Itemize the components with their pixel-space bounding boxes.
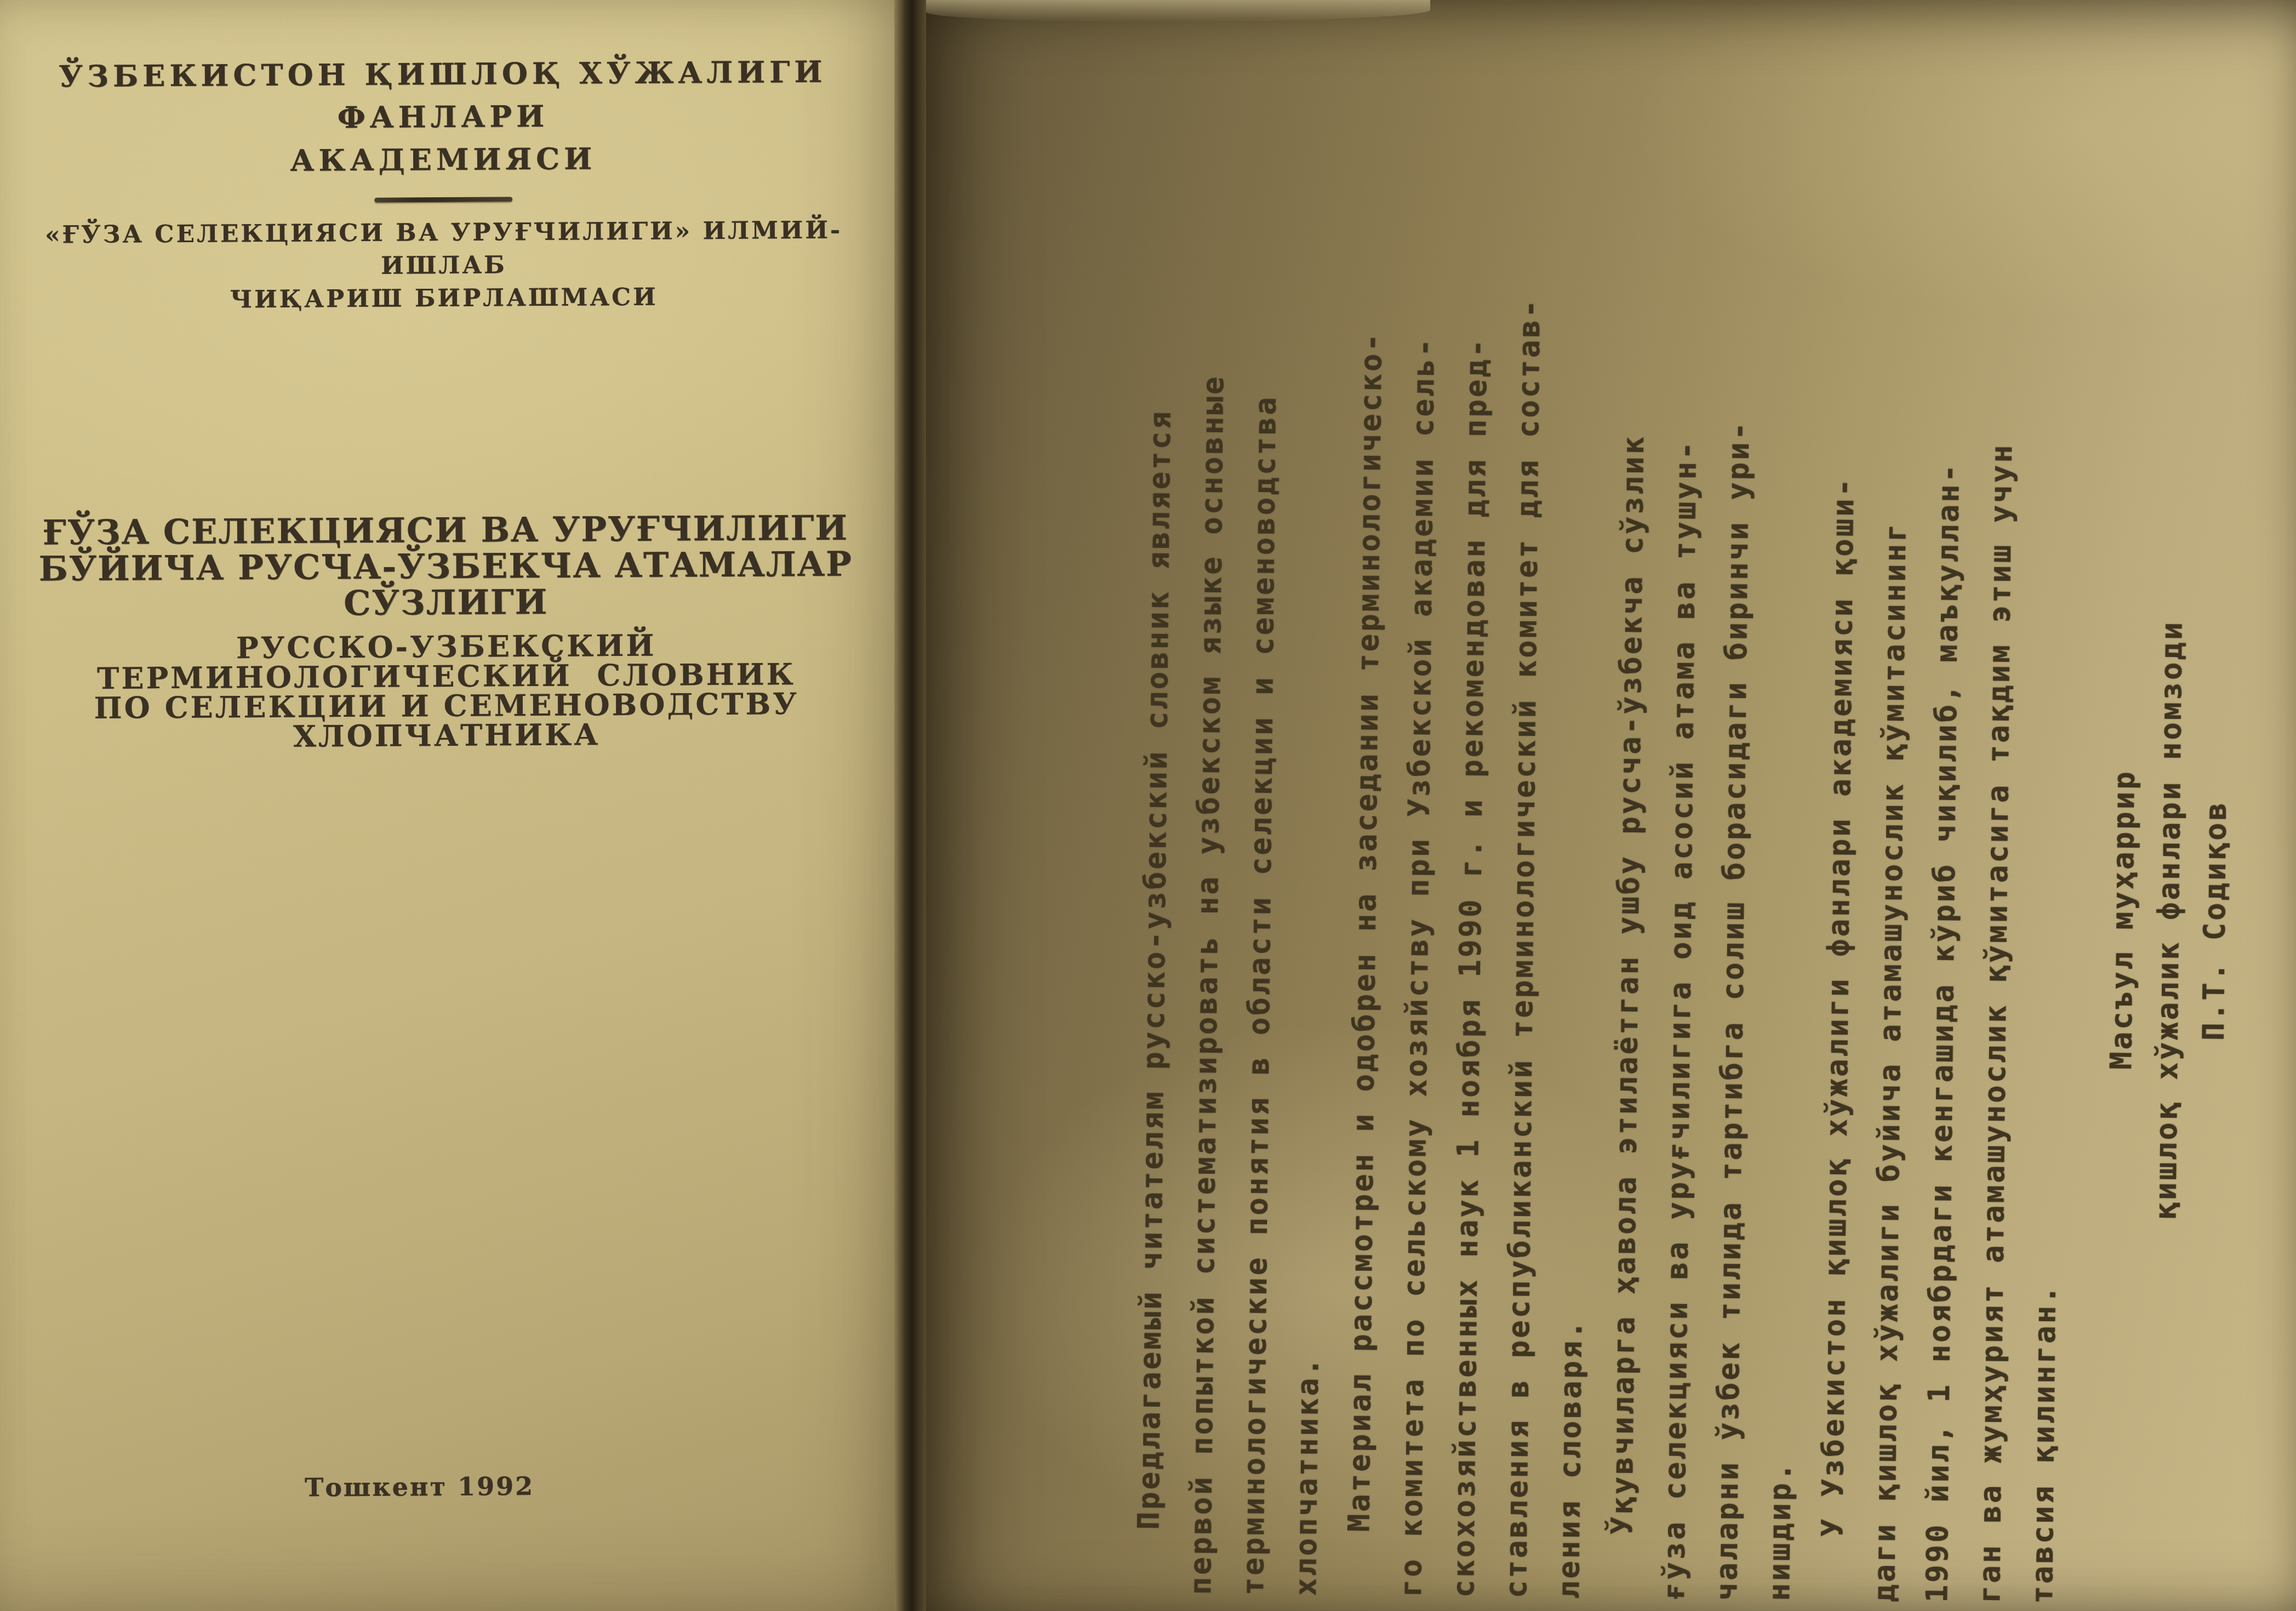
association-name-line1: «ҒЎЗА СЕЛЕКЦИЯСИ ВА УРУҒЧИЛИГИ» ИЛМИЙ-ИШ… [0, 214, 891, 285]
editor-signature-block: Масъул муҳаррир қишлоқ хўжалик фанлари н… [2093, 235, 2245, 1606]
publisher-header: ЎЗБЕКИСТОН ҚИШЛОҚ ХЎЖАЛИГИ ФАНЛАРИ АКАДЕ… [0, 0, 892, 318]
divider-rule [374, 197, 512, 203]
academy-name-line1: ЎЗБЕКИСТОН ҚИШЛОҚ ХЎЖАЛИГИ ФАНЛАРИ [0, 50, 890, 141]
book-photo: ЎЗБЕКИСТОН ҚИШЛОҚ ХЎЖАЛИГИ ФАНЛАРИ АКАДЕ… [0, 0, 2296, 1611]
right-annotation-page: Предлагаемый читателям русско-узбекский … [926, 0, 2296, 1611]
association-name-line2: ЧИҚАРИШ БИРЛАШМАСИ [0, 279, 892, 318]
page-gutter-shadow [894, 0, 926, 1611]
torn-paper-edge [926, 0, 1430, 22]
academy-name-line2: АКАДЕМИЯСИ [0, 135, 890, 184]
left-title-page: ЎЗБЕКИСТОН ҚИШЛОҚ ХЎЖАЛИГИ ФАНЛАРИ АКАДЕ… [0, 0, 894, 1611]
title-uzbek-line2: БЎЙИЧА РУСЧА-ЎЗБЕКЧА АТАМАЛАР [0, 546, 893, 587]
left-page-content: ЎЗБЕКИСТОН ҚИШЛОҚ ХЎЖАЛИГИ ФАНЛАРИ АКАДЕ… [0, 0, 899, 1611]
title-russian: РУССКО-УЗБЕКСКИЙ ТЕРМИНОЛОГИЧЕСКИЙ СЛОВН… [0, 629, 894, 753]
title-uzbek: ҒЎЗА СЕЛЕКЦИЯСИ ВА УРУҒЧИЛИГИ БЎЙИЧА РУС… [0, 510, 893, 624]
rotated-typed-text: Предлагаемый читателям русско-узбекский … [1122, 224, 2265, 1606]
imprint-city-year: Тошкент 1992 [0, 1469, 867, 1504]
book-title-block: ҒЎЗА СЕЛЕКЦИЯСИ ВА УРУҒЧИЛИГИ БЎЙИЧА РУС… [0, 510, 894, 753]
